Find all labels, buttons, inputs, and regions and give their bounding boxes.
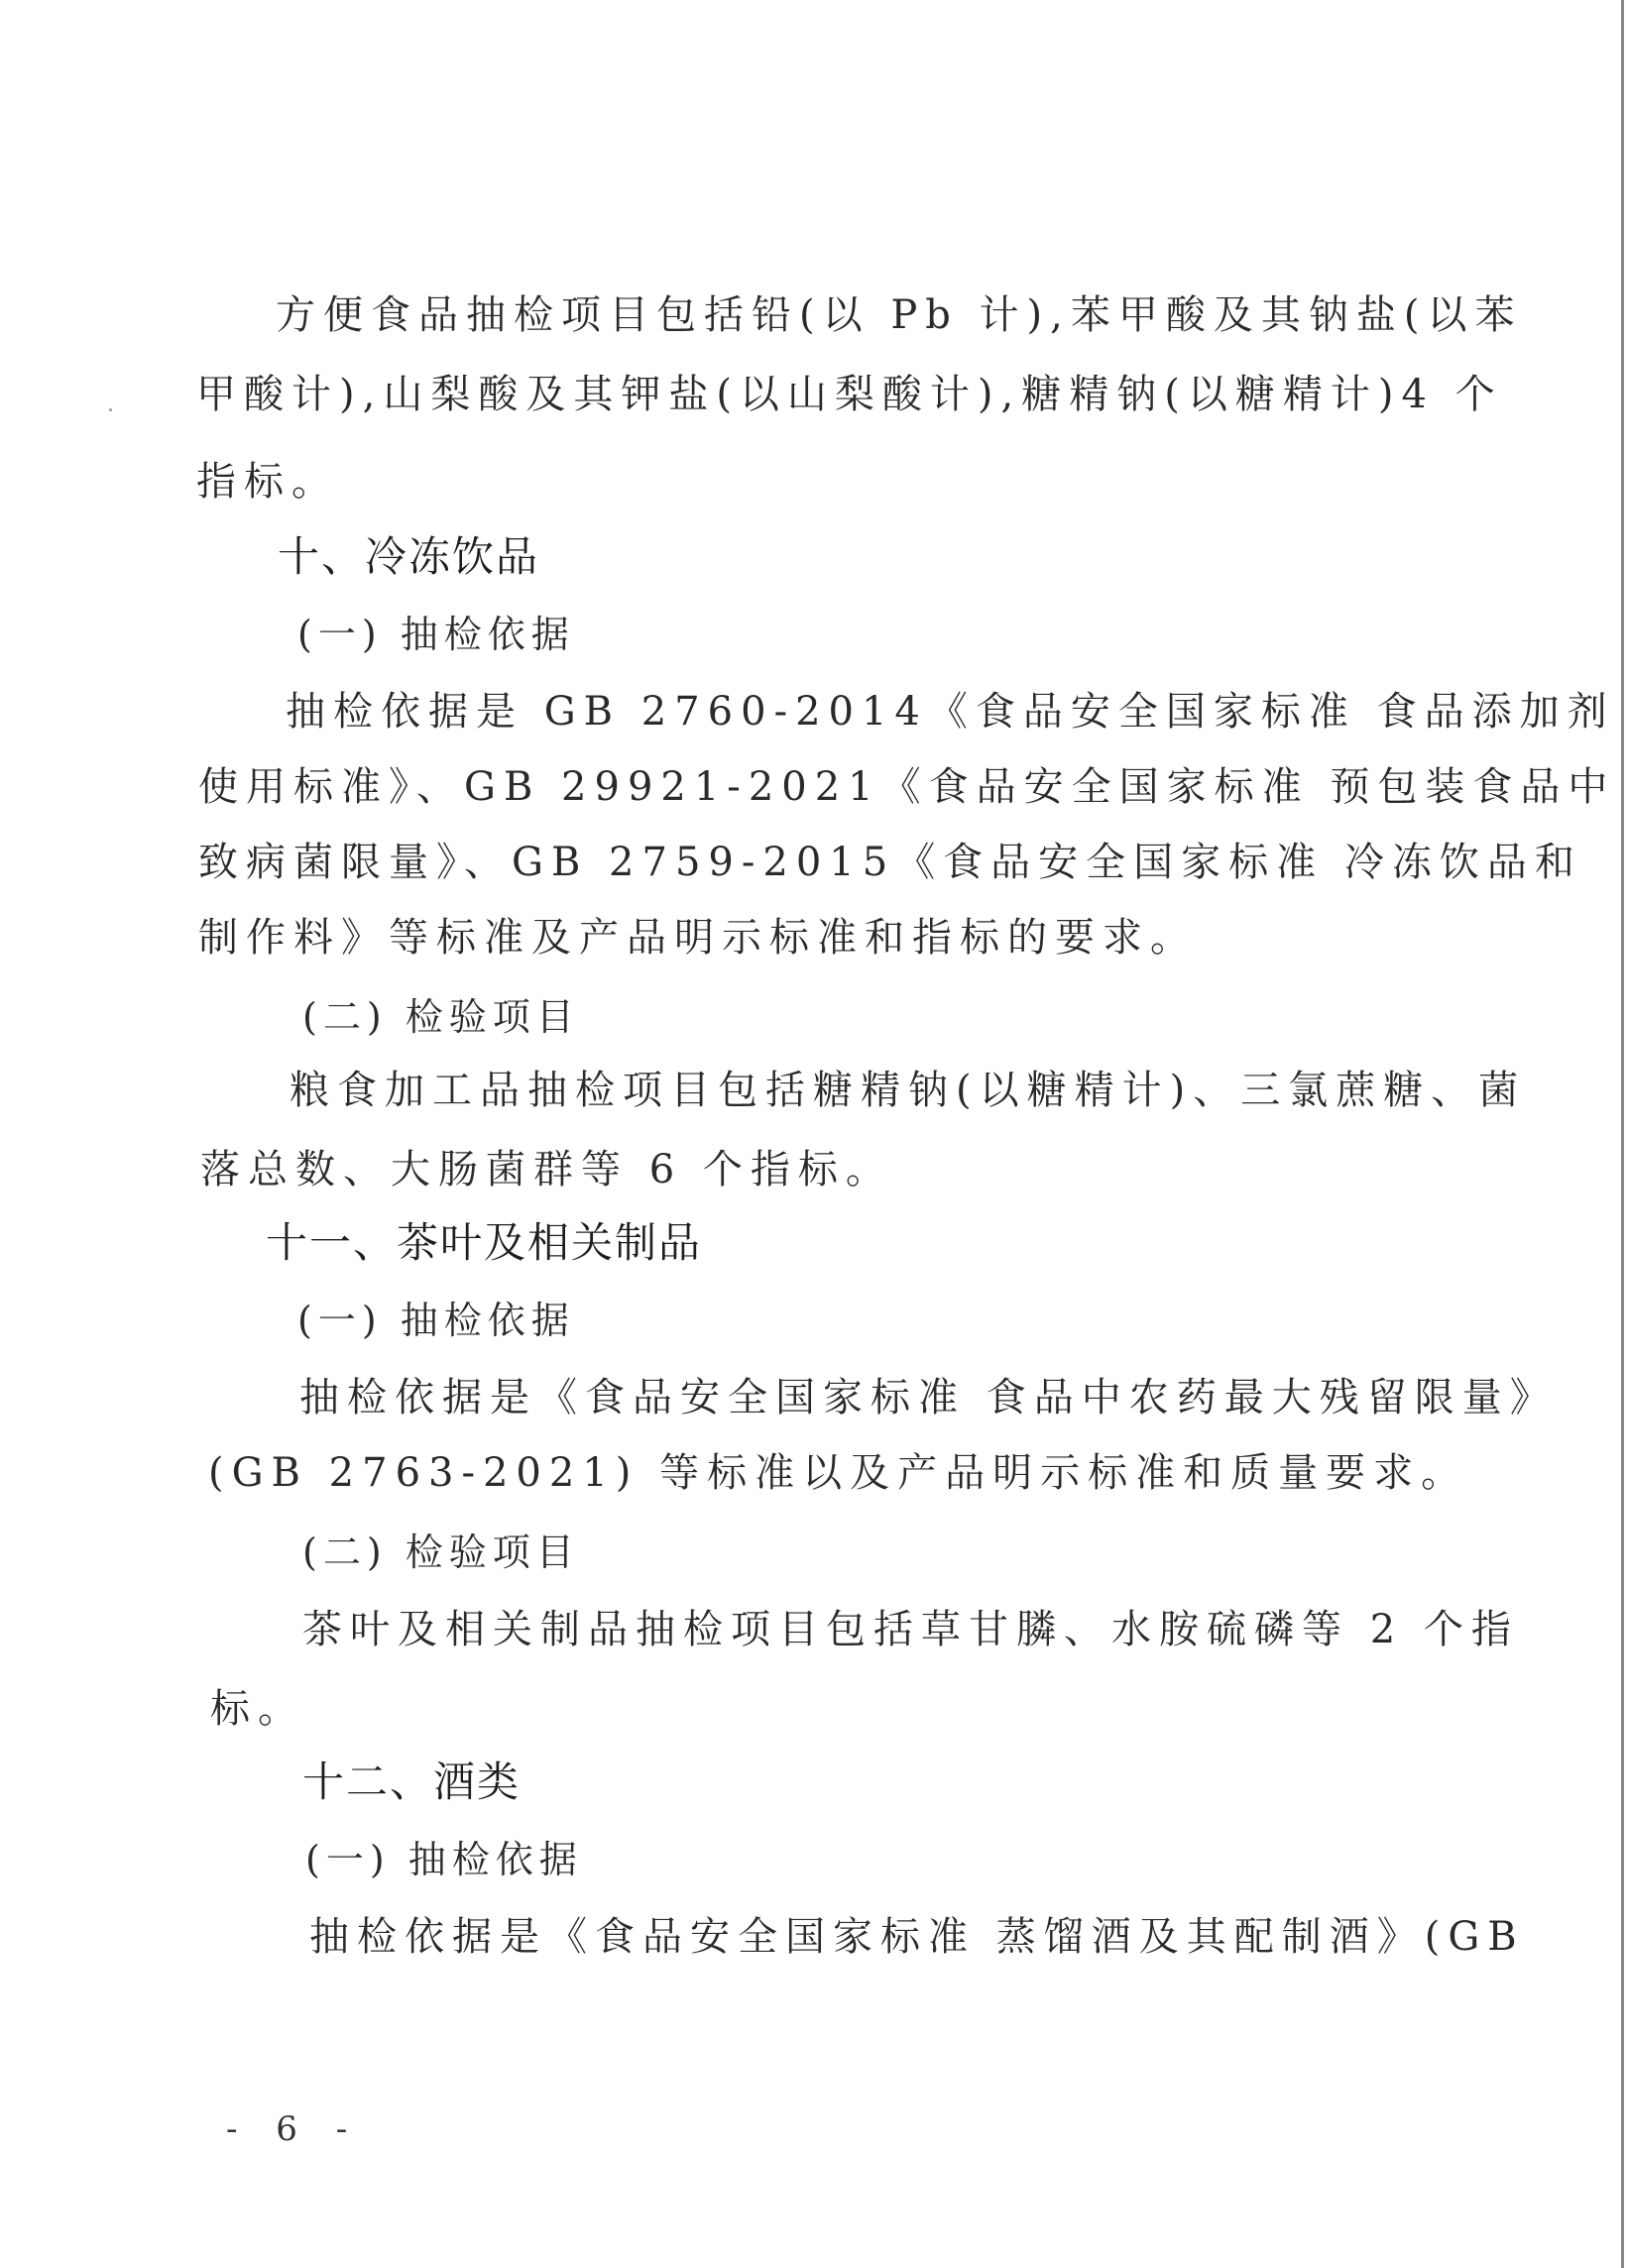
paragraph-line: 指标。 <box>196 456 339 508</box>
paragraph-line: 茶叶及相关制品抽检项目包括草甘膦、水胺硫磷等 2 个指 <box>302 1604 1519 1655</box>
paragraph-line: 使用标准》、GB 29921-2021《食品安全国家标准 预包装食品中 <box>198 761 1615 813</box>
paragraph-line: 标。 <box>210 1683 305 1735</box>
subsection-heading: (一) 抽检依据 <box>297 1295 575 1346</box>
section-heading: 十一、茶叶及相关制品 <box>266 1217 702 1269</box>
page-number: - 6 - <box>226 2109 361 2149</box>
paragraph-line: 致病菌限量》、GB 2759-2015《食品安全国家标准 冷冻饮品和 <box>198 837 1582 888</box>
subsection-heading: (二) 检验项目 <box>302 991 580 1043</box>
subsection-heading: (二) 检验项目 <box>302 1527 580 1578</box>
section-heading: 十、冷冻饮品 <box>278 531 539 583</box>
paragraph-line: 方便食品抽检项目包括铅(以 Pb 计),苯甲酸及其钠盐(以苯 <box>276 289 1522 341</box>
paragraph-line: 抽检依据是《食品安全国家标准 蒸馏酒及其配制酒》(GB <box>309 1911 1525 1963</box>
paragraph-line: 粮食加工品抽检项目包括糖精钠(以糖精计)、三氯蔗糖、菌 <box>290 1065 1526 1116</box>
paragraph-line: 抽检依据是《食品安全国家标准 食品中农药最大残留限量》 <box>299 1372 1558 1423</box>
scan-speck <box>109 408 112 411</box>
paragraph-line: (GB 2763-2021) 等标准以及产品明示标准和质量要求。 <box>208 1447 1468 1499</box>
page-edge-line <box>1621 0 1624 2268</box>
paragraph-line: 落总数、大肠菌群等 6 个指标。 <box>200 1144 893 1195</box>
paragraph-line: 甲酸计),山梨酸及其钾盐(以山梨酸计),糖精钠(以糖精计)4 个 <box>196 369 1503 420</box>
paragraph-line: 制作料》等标准及产品明示标准和指标的要求。 <box>198 912 1198 964</box>
paragraph-line: 抽检依据是 GB 2760-2014《食品安全国家标准 食品添加剂 <box>286 686 1615 737</box>
section-heading: 十二、酒类 <box>302 1757 521 1808</box>
subsection-heading: (一) 抽检依据 <box>305 1834 583 1885</box>
subsection-heading: (一) 抽检依据 <box>297 609 575 660</box>
